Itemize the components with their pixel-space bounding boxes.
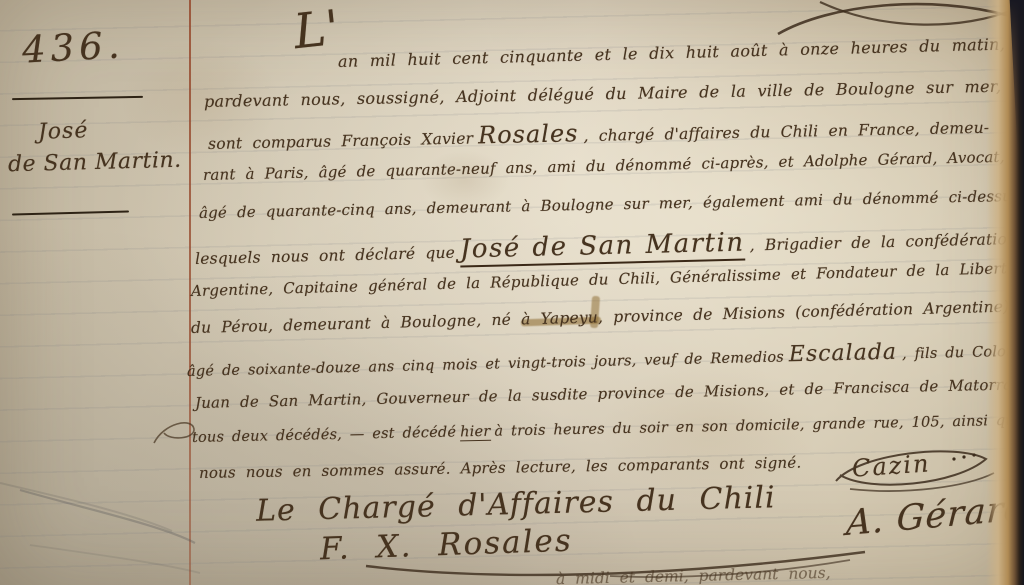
act-line-3-pre: sont comparus François Xavier	[208, 129, 474, 153]
rosales-name: Rosales	[478, 119, 579, 149]
cazin-signature: Cazin	[851, 449, 931, 482]
escalada-name: Escalada	[789, 340, 898, 368]
margin-name-line1: José	[38, 118, 89, 145]
drop-capital: L'	[291, 0, 342, 60]
act-line-6-pre: lesquels nous ont déclaré que	[195, 244, 455, 268]
margin-name-line2: de San Martin.	[8, 148, 182, 178]
register-page: 436. José de San Martin. L' an mil huit …	[0, 0, 1024, 585]
act-line-6-post: , Brigadier de la confédération	[749, 230, 1017, 255]
deceased-name: José de San Martin	[460, 228, 745, 268]
hier-underlined: hier	[460, 424, 491, 442]
entry-number: 436.	[21, 23, 126, 71]
